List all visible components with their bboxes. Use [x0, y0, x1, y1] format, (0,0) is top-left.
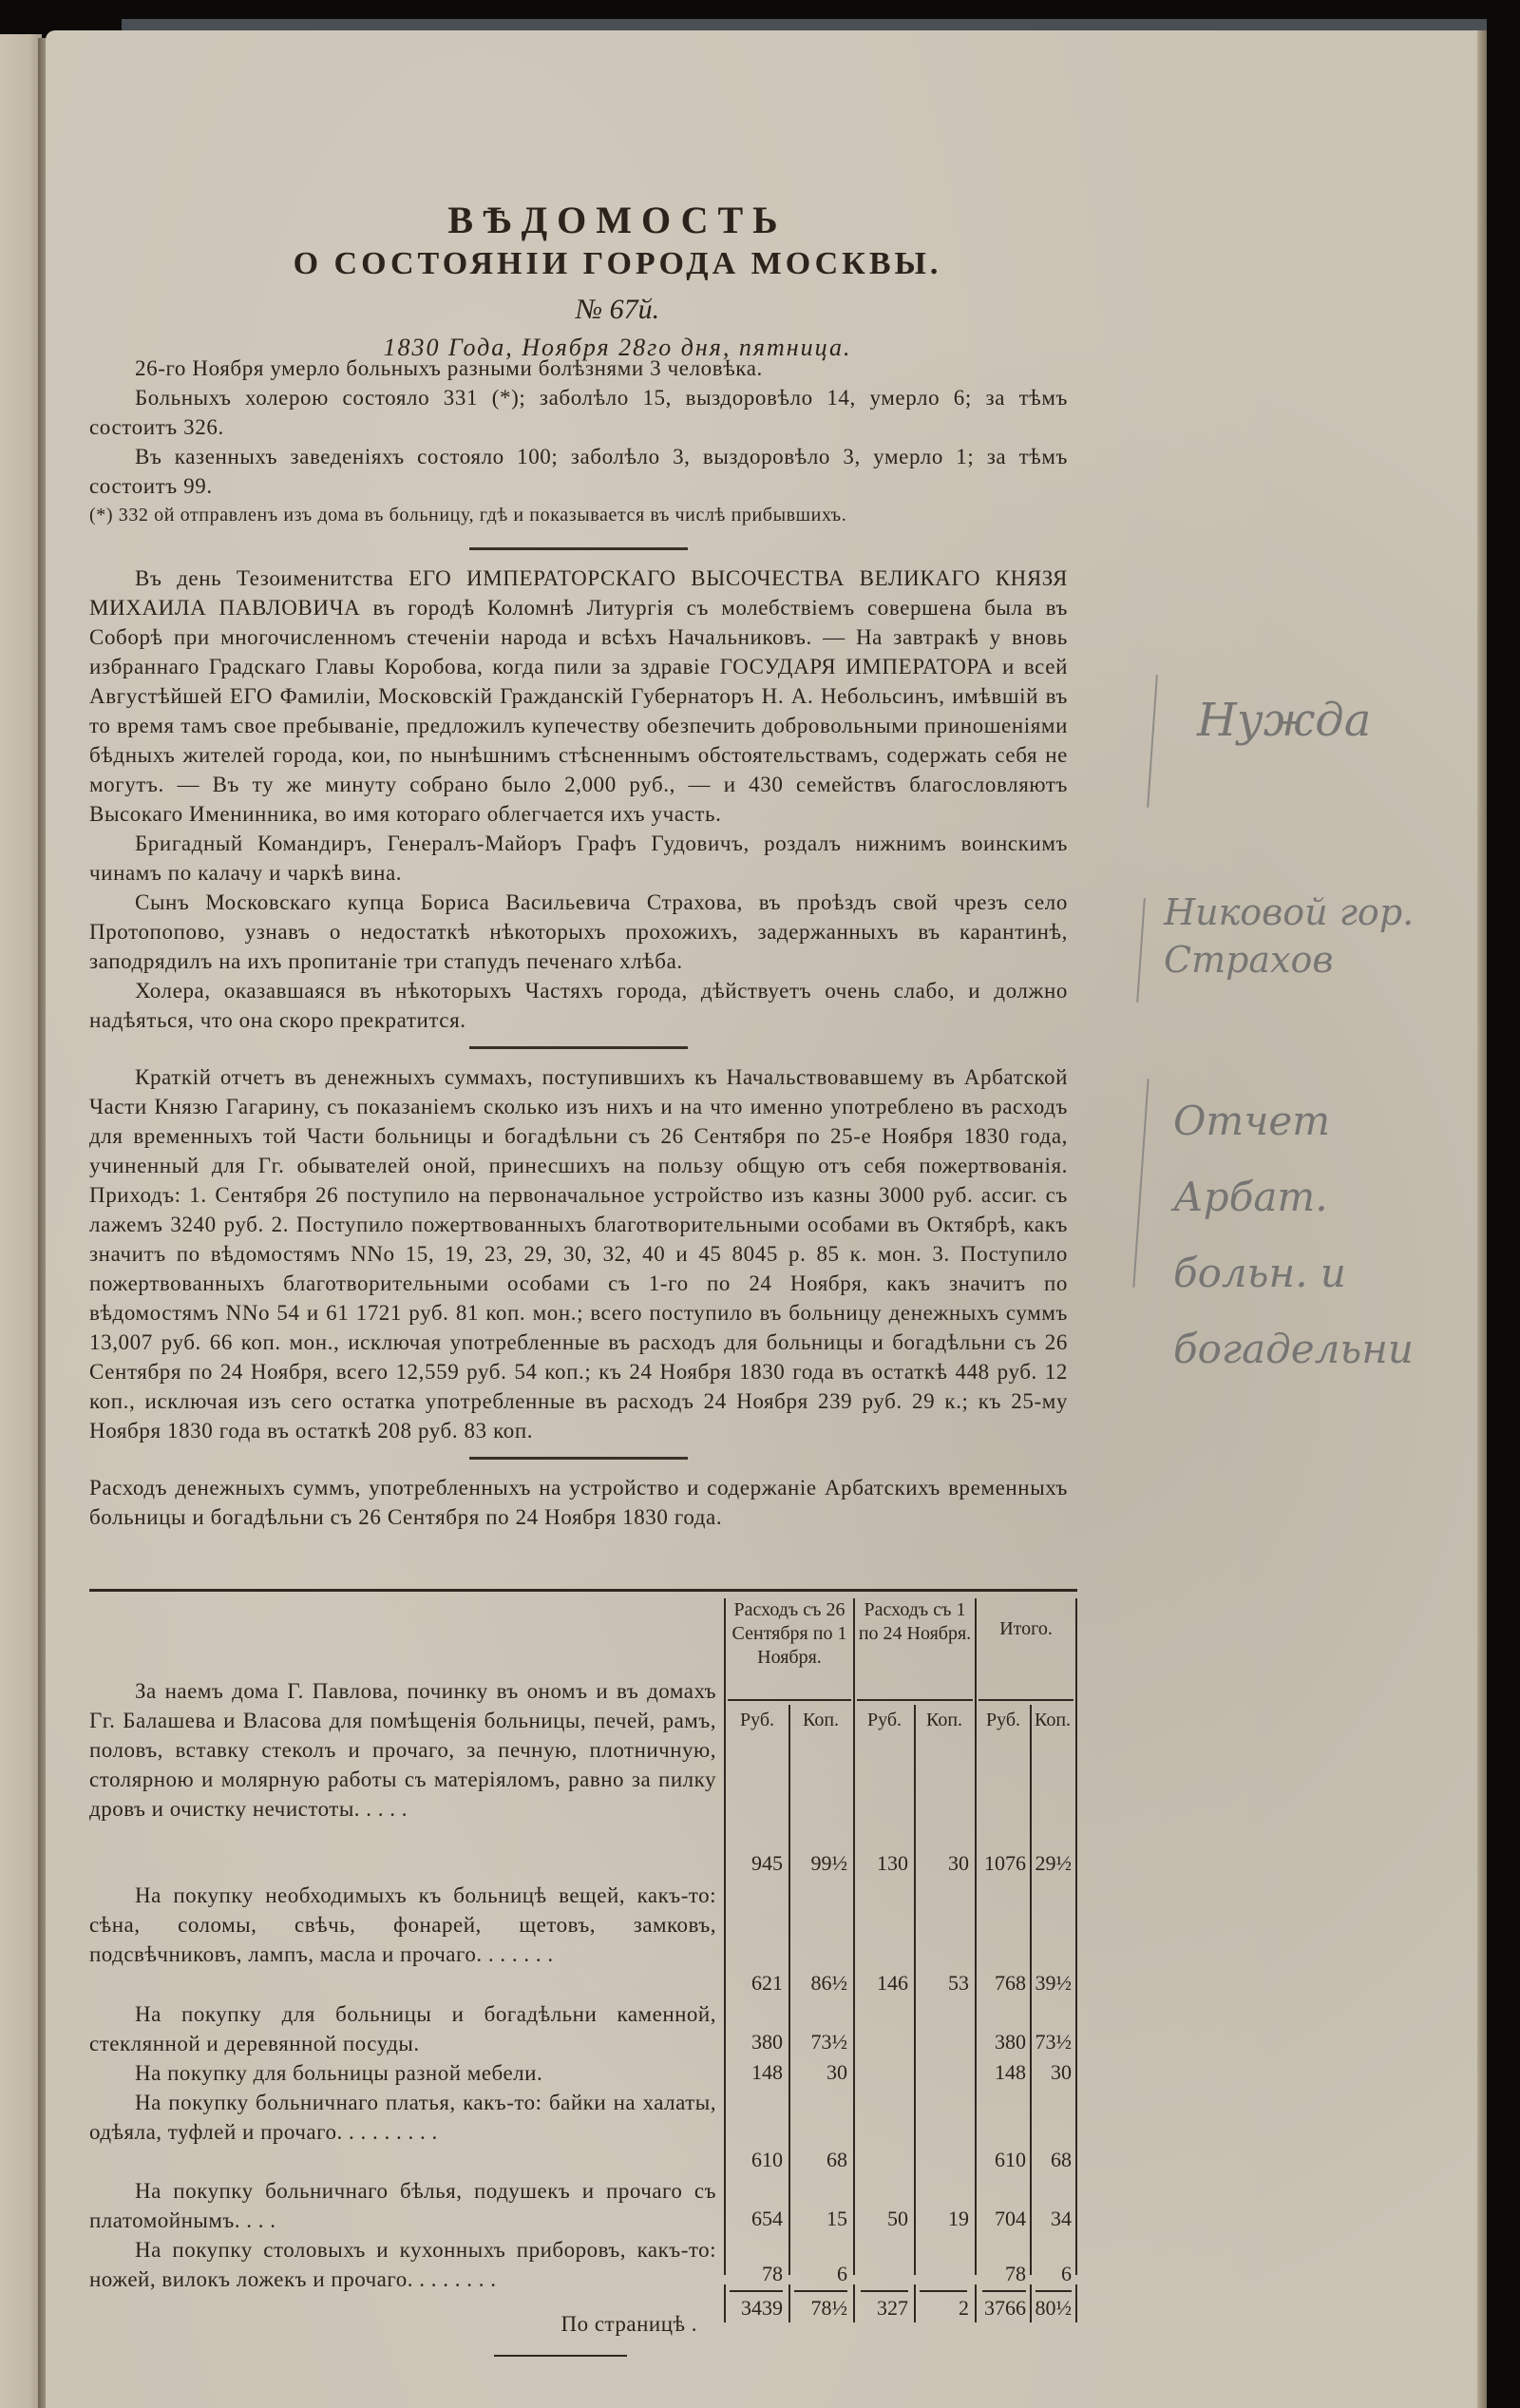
sub-header-rub: Руб. [857, 1709, 912, 1732]
cell-rub-1: 148 [728, 2060, 783, 2085]
cell-kop-2: 19 [916, 2207, 969, 2231]
table-total-label: По страницѣ . [89, 2309, 716, 2339]
cell-kop-total: 68 [1032, 2148, 1072, 2172]
sub-header-rub: Руб. [978, 1709, 1028, 1732]
sub-header-kop: Коп. [790, 1709, 851, 1732]
cell-rub-total: 610 [978, 2148, 1026, 2172]
deaths-paragraph: 26-го Ноября умерло больныхъ разными бол… [89, 354, 1068, 383]
table-item-descriptions: За наемъ дома Г. Павлова, починку въ оно… [89, 1676, 716, 2339]
book-gutter [38, 38, 46, 2408]
cholera-paragraph: Больныхъ холерою состояло 331 (*); забол… [89, 383, 1068, 442]
cell-kop-1: 86½ [790, 1971, 847, 1996]
cell-kop-2: 30 [916, 1851, 969, 1876]
cell-rub-1: 380 [728, 2030, 783, 2054]
total-rub-2: 327 [857, 2296, 908, 2321]
margin-note: Отчет Арбат. больн. и богадельни [1173, 1083, 1373, 1387]
health-report: 26-го Ноября умерло больныхъ разными бол… [89, 354, 1068, 1532]
masthead-title: ВѢДОМОСТЬ [142, 198, 1092, 243]
news-paragraph-cholera: Холера, оказавшаяся въ нѣкоторыхъ Частях… [89, 976, 1068, 1035]
col-header-total: Итого. [978, 1617, 1073, 1641]
report-paragraph: Краткій отчетъ въ денежныхъ суммахъ, пос… [89, 1062, 1068, 1445]
total-kop-2: 2 [916, 2296, 969, 2321]
cell-rub-2: 50 [857, 2207, 908, 2231]
issue-number: № 67й. [142, 291, 1092, 329]
cell-kop-total: 73½ [1032, 2030, 1072, 2054]
cell-rub-total: 380 [978, 2030, 1026, 2054]
table-row-text: На покупку столовыхъ и кухонныхъ приборо… [89, 2235, 716, 2294]
left-page-edge [0, 34, 42, 2408]
news-paragraph-nameday: Въ день Тезоименитства ЕГО ИМПЕРАТОРСКАГ… [89, 564, 1068, 829]
masthead: ВѢДОМОСТЬ О СОСТОЯНІИ ГОРОДА МОСКВЫ. № 6… [142, 190, 1092, 367]
cell-rub-total: 704 [978, 2207, 1026, 2231]
table-row-text: На покупку для больницы разной мебели. [89, 2058, 716, 2088]
cell-kop-total: 30 [1032, 2060, 1072, 2085]
cell-rub-1: 945 [728, 1851, 783, 1876]
news-paragraph-gudovich: Бригадный Командиръ, Генералъ-Майоръ Гра… [89, 829, 1068, 888]
total-rub-total: 3766 [978, 2296, 1026, 2321]
total-kop-1: 78½ [790, 2296, 847, 2321]
col-header-sep-nov: Расходъ съ 26 Сентября по 1 Ноября. [728, 1598, 851, 1670]
cell-kop-total: 6 [1032, 2262, 1072, 2286]
masthead-subtitle: О СОСТОЯНІИ ГОРОДА МОСКВЫ. [142, 243, 1092, 285]
margin-note: Нужда [1197, 694, 1371, 747]
table-row-text: На покупку для больницы и богадѣльни кам… [89, 1999, 716, 2058]
section-divider [469, 1457, 688, 1460]
section-divider [469, 547, 688, 550]
table-row-text: На покупку больничнаго платья, какъ-то: … [89, 2088, 716, 2176]
section-divider [469, 1046, 688, 1049]
cell-rub-total: 768 [978, 1971, 1026, 1996]
total-kop-total: 80½ [1032, 2296, 1072, 2321]
cell-rub-1: 78 [728, 2262, 783, 2286]
cell-rub-2: 130 [857, 1851, 908, 1876]
cell-rub-1: 610 [728, 2148, 783, 2172]
cell-rub-1: 654 [728, 2207, 783, 2231]
cell-kop-total: 39½ [1032, 1971, 1072, 1996]
table-row-text: На покупку необходимыхъ къ больницѣ веще… [89, 1881, 716, 1999]
cell-rub-2: 146 [857, 1971, 908, 1996]
news-paragraph-strakhov: Сынъ Московскаго купца Бориса Васильевич… [89, 888, 1068, 976]
cell-kop-total: 29½ [1032, 1851, 1072, 1876]
margin-note: Никовой гор. Страхов [1164, 889, 1477, 984]
cell-kop-total: 34 [1032, 2207, 1072, 2231]
table-row-text: На покупку больничнаго бѣлья, подушекъ и… [89, 2176, 716, 2235]
footnote: (*) 332 ой отправленъ изъ дома въ больни… [89, 501, 1068, 530]
institutions-paragraph: Въ казенныхъ заведеніяхъ состояло 100; з… [89, 442, 1068, 501]
sub-header-kop: Коп. [1032, 1709, 1073, 1732]
sub-header-rub: Руб. [728, 1709, 787, 1732]
total-rub-1: 3439 [728, 2296, 783, 2321]
expense-heading: Расходъ денежныхъ суммъ, употребленныхъ … [89, 1473, 1068, 1532]
scan-background [1487, 0, 1520, 2408]
cell-kop-1: 73½ [790, 2030, 847, 2054]
cell-kop-1: 15 [790, 2207, 847, 2231]
col-header-nov: Расходъ съ 1 по 24 Ноября. [857, 1598, 973, 1646]
cell-kop-2: 53 [916, 1971, 969, 1996]
cell-rub-total: 148 [978, 2060, 1026, 2085]
cell-rub-total: 1076 [978, 1851, 1026, 1876]
scanner-top-strip [122, 19, 1520, 30]
page-right-edge [1477, 30, 1487, 2408]
cell-kop-1: 68 [790, 2148, 847, 2172]
cell-rub-1: 621 [728, 1971, 783, 1996]
cell-rub-total: 78 [978, 2262, 1026, 2286]
cell-kop-1: 30 [790, 2060, 847, 2085]
table-top-rule [89, 1589, 1077, 1592]
cell-kop-1: 6 [790, 2262, 847, 2286]
table-row-text: За наемъ дома Г. Павлова, починку въ оно… [89, 1676, 716, 1881]
sub-header-kop: Коп. [916, 1709, 973, 1732]
cell-kop-1: 99½ [790, 1851, 847, 1876]
